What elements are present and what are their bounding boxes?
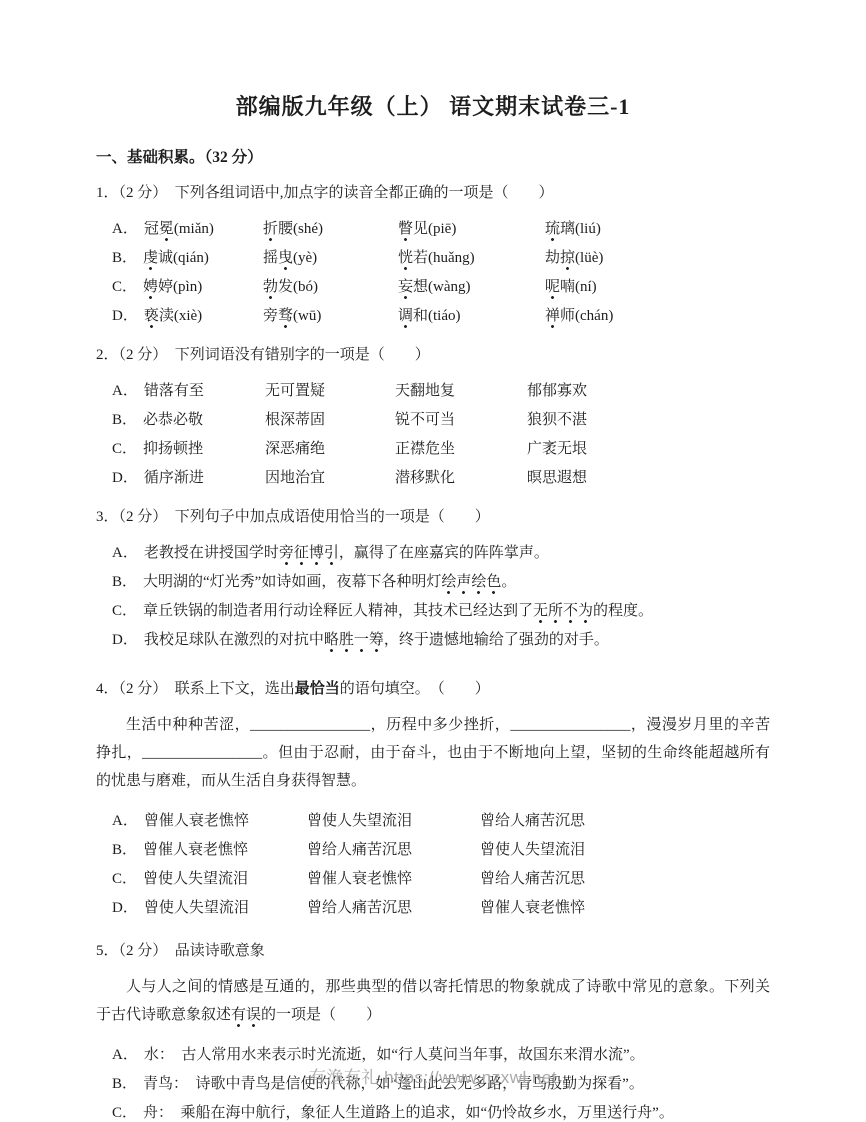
question-5: 5．（2 分） 品读诗歌意象 人与人之间的情感是互通的，那些典型的借以寄托情思的… — [96, 939, 770, 1122]
option-word: 循序渐进 — [144, 470, 204, 486]
option-word: 因地治宜 — [265, 464, 395, 493]
option-text: 老教授在讲授国学时旁征博引，赢得了在座嘉宾的阵阵掌声。 — [144, 545, 549, 566]
option-label: D． — [112, 632, 138, 648]
option-word: 暝思遐想 — [527, 464, 770, 493]
option-word: 勃发(bó) — [263, 273, 398, 302]
question-5-option: C．舟： 乘船在海中航行，象征人生道路上的追求，如“仍怜故乡水，万里送行舟”。 — [96, 1099, 770, 1122]
section-heading: 一、基础积累。（32 分） — [96, 145, 770, 167]
option-text: 舟： 乘船在海中航行，象征人生道路上的追求，如“仍怜故乡水，万里送行舟”。 — [143, 1105, 674, 1121]
option-word: 广袤无垠 — [527, 435, 770, 464]
option-word: 错落有至 — [144, 383, 204, 399]
stem-bold-text: 最恰当 — [295, 681, 340, 697]
question-4: 4．（2 分） 联系上下文，选出最恰当的语句填空。 （ ） 生活中种种苦涩，__… — [96, 677, 770, 923]
option-label: D． — [112, 308, 138, 324]
option-phrase: 曾使人失望流泪 — [144, 900, 249, 916]
option-label: B． — [112, 250, 137, 266]
option-word: 深恶痛绝 — [265, 435, 395, 464]
option-phrase: 曾使人失望流泪 — [480, 836, 770, 865]
option-word: 抑扬顿挫 — [143, 441, 203, 457]
question-3: 3．（2 分） 下列句子中加点成语使用恰当的一项是（ ） A．老教授在讲授国学时… — [96, 505, 770, 655]
option-phrase: 曾催人衰老憔悴 — [144, 813, 249, 829]
option-phrase: 曾给人痛苦沉思 — [480, 865, 770, 894]
page-title: 部编版九年级（上） 语文期末试卷三-1 — [96, 90, 770, 121]
option-word: 折腰(shé) — [263, 215, 398, 244]
option-word: 恍若(huǎng) — [398, 244, 545, 273]
question-4-option-row: D．曾使人失望流泪 曾给人痛苦沉思 曾催人衰老憔悴 — [96, 894, 770, 923]
option-phrase: 曾给人痛苦沉思 — [480, 807, 770, 836]
question-4-stem: 4．（2 分） 联系上下文，选出最恰当的语句填空。 （ ） — [96, 677, 770, 701]
stem-text: 的语句填空。 （ ） — [340, 681, 490, 697]
option-label: A． — [112, 1047, 138, 1063]
option-label: C． — [112, 603, 137, 619]
option-label: C． — [112, 441, 137, 457]
question-3-option: D．我校足球队在激烈的对抗中略胜一筹，终于遗憾地输给了强劲的对手。 — [96, 626, 770, 655]
question-4-paragraph: 生活中种种苦涩，________________，历程中多少挫折，_______… — [96, 711, 770, 795]
question-1-option-row: A．冠冕(miǎn) 折腰(shé) 瞥见(piē) 琉璃(liú) — [96, 215, 770, 244]
question-1-option-row: B．虔诚(qián) 摇曳(yè) 恍若(huǎng) 劫掠(lüè) — [96, 244, 770, 273]
option-word: 瞥见(piē) — [398, 215, 545, 244]
question-3-option: A．老教授在讲授国学时旁征博引，赢得了在座嘉宾的阵阵掌声。 — [96, 539, 770, 568]
option-label: C． — [112, 1105, 137, 1121]
question-3-option: B．大明湖的“灯光秀”如诗如画，夜幕下各种明灯绘声绘色。 — [96, 568, 770, 597]
question-4-option-row: A．曾催人衰老憔悴 曾使人失望流泪 曾给人痛苦沉思 — [96, 807, 770, 836]
question-1: 1．（2 分） 下列各组词语中,加点字的读音全都正确的一项是（ ） A．冠冕(m… — [96, 181, 770, 331]
option-word: 呢喃(ní) — [545, 273, 770, 302]
exam-sheet: 部编版九年级（上） 语文期末试卷三-1 一、基础积累。（32 分） 1．（2 分… — [0, 0, 866, 1122]
question-5-paragraph: 人与人之间的情感是互通的，那些典型的借以寄托情思的物象就成了诗歌中常见的意象。下… — [96, 973, 770, 1029]
option-label: A． — [112, 221, 138, 237]
option-word: 郁郁寡欢 — [527, 377, 770, 406]
question-2-option-row: C．抑扬顿挫 深恶痛绝 正襟危坐 广袤无垠 — [96, 435, 770, 464]
option-label: A． — [112, 383, 138, 399]
question-1-option-row: C．娉婷(pìn) 勃发(bó) 妄想(wàng) 呢喃(ní) — [96, 273, 770, 302]
option-word: 正襟危坐 — [395, 435, 527, 464]
stem-text: 4．（2 分） 联系上下文，选出 — [96, 681, 295, 697]
question-4-option-row: C．曾使人失望流泪 曾催人衰老憔悴 曾给人痛苦沉思 — [96, 865, 770, 894]
footer-watermark: 有渔有礼 https://www.nzxwl.net — [0, 1063, 866, 1088]
option-label: D． — [112, 470, 138, 486]
option-word: 天翻地复 — [395, 377, 527, 406]
option-word: 锐不可当 — [395, 406, 527, 435]
question-1-option-row: D．亵渎(xiè) 旁骛(wū) 调和(tiáo) 禅师(chán) — [96, 302, 770, 331]
question-4-option-row: B．曾催人衰老憔悴 曾给人痛苦沉思 曾使人失望流泪 — [96, 836, 770, 865]
option-label: B． — [112, 574, 137, 590]
option-phrase: 曾使人失望流泪 — [143, 871, 248, 887]
option-word: 劫掠(lüè) — [545, 244, 770, 273]
option-text: 我校足球队在激烈的对抗中略胜一筹，终于遗憾地输给了强劲的对手。 — [144, 632, 609, 653]
question-3-option: C．章丘铁锅的制造者用行动诠释匠人精神，其技术已经达到了无所不为的程度。 — [96, 597, 770, 626]
question-2-option-row: D．循序渐进 因地治宜 潜移默化 暝思遐想 — [96, 464, 770, 493]
option-phrase: 曾使人失望流泪 — [307, 807, 480, 836]
question-1-stem: 1．（2 分） 下列各组词语中,加点字的读音全都正确的一项是（ ） — [96, 181, 770, 205]
option-word: 狼狈不湛 — [527, 406, 770, 435]
option-word: 冠冕(miǎn) — [144, 221, 214, 242]
option-phrase: 曾催人衰老憔悴 — [480, 894, 770, 923]
option-word: 无可置疑 — [265, 377, 395, 406]
option-phrase: 曾催人衰老憔悴 — [307, 865, 480, 894]
question-2: 2．（2 分） 下列词语没有错别字的一项是（ ） A．错落有至 无可置疑 天翻地… — [96, 343, 770, 493]
option-phrase: 曾给人痛苦沉思 — [307, 894, 480, 923]
option-label: A． — [112, 813, 138, 829]
option-word: 妄想(wàng) — [398, 273, 545, 302]
option-word: 潜移默化 — [395, 464, 527, 493]
option-word: 根深蒂固 — [265, 406, 395, 435]
question-5-stem: 5．（2 分） 品读诗歌意象 — [96, 939, 770, 963]
option-label: C． — [112, 279, 137, 295]
question-2-stem: 2．（2 分） 下列词语没有错别字的一项是（ ） — [96, 343, 770, 367]
option-text: 大明湖的“灯光秀”如诗如画，夜幕下各种明灯绘声绘色。 — [143, 574, 516, 595]
option-phrase: 曾给人痛苦沉思 — [307, 836, 480, 865]
option-label: D． — [112, 900, 138, 916]
option-label: B． — [112, 842, 137, 858]
option-phrase: 曾催人衰老憔悴 — [143, 842, 248, 858]
option-text: 水： 古人常用水来表示时光流逝，如“行人莫问当年事，故国东来渭水流”。 — [144, 1047, 645, 1063]
option-text: 章丘铁锅的制造者用行动诠释匠人精神，其技术已经达到了无所不为的程度。 — [143, 603, 653, 624]
option-word: 必恭必敬 — [143, 412, 203, 428]
option-label: A． — [112, 545, 138, 561]
option-word: 调和(tiáo) — [398, 302, 545, 331]
option-word: 亵渎(xiè) — [144, 308, 202, 329]
option-word: 虔诚(qián) — [143, 250, 209, 271]
question-2-option-row: B．必恭必敬 根深蒂固 锐不可当 狼狈不湛 — [96, 406, 770, 435]
question-3-stem: 3．（2 分） 下列句子中加点成语使用恰当的一项是（ ） — [96, 505, 770, 529]
option-word: 旁骛(wū) — [263, 302, 398, 331]
option-label: C． — [112, 871, 137, 887]
option-word: 琉璃(liú) — [545, 215, 770, 244]
option-word: 禅师(chán) — [545, 302, 770, 331]
option-label: B． — [112, 412, 137, 428]
question-2-option-row: A．错落有至 无可置疑 天翻地复 郁郁寡欢 — [96, 377, 770, 406]
option-word: 娉婷(pìn) — [143, 279, 202, 300]
option-word: 摇曳(yè) — [263, 244, 398, 273]
